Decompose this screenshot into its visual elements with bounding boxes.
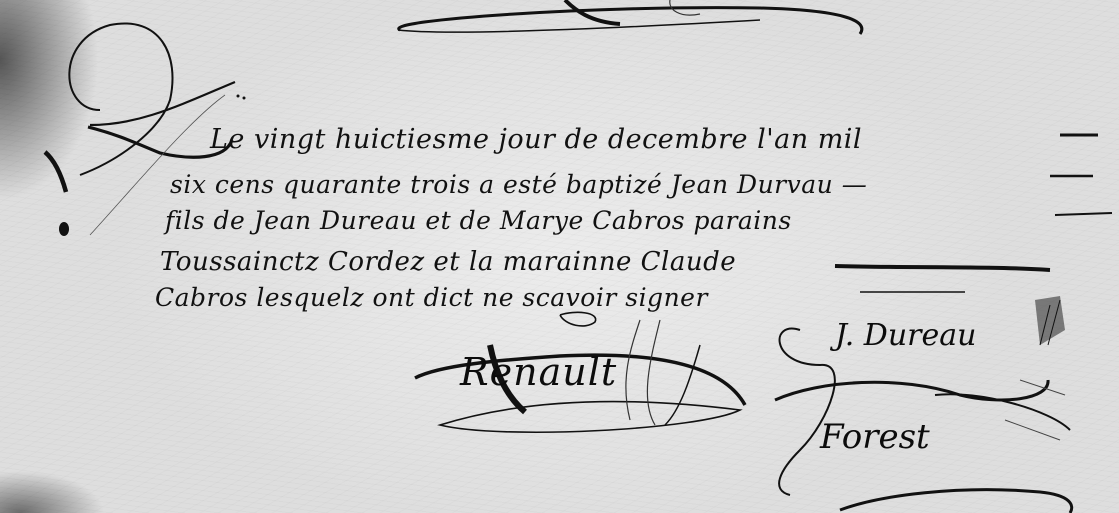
text-line-4: Toussainctz Cordez et la marainne Claude: [160, 247, 736, 277]
document-page: Le vingt huictiesme jour de decembre l'a…: [0, 0, 1119, 513]
text-line-3: fils de Jean Dureau et de Marye Cabros p…: [165, 206, 792, 235]
text-line-1: Le vingt huictiesme jour de decembre l'a…: [210, 124, 862, 155]
signature-dureau: J. Dureau: [835, 318, 976, 353]
signature-forest: Forest: [820, 417, 930, 457]
text-line-2: six cens quarante trois a esté baptizé J…: [170, 170, 867, 199]
text-line-5: Cabros lesquelz ont dict ne scavoir sign…: [155, 283, 708, 312]
signature-renault: Renault: [460, 350, 617, 394]
